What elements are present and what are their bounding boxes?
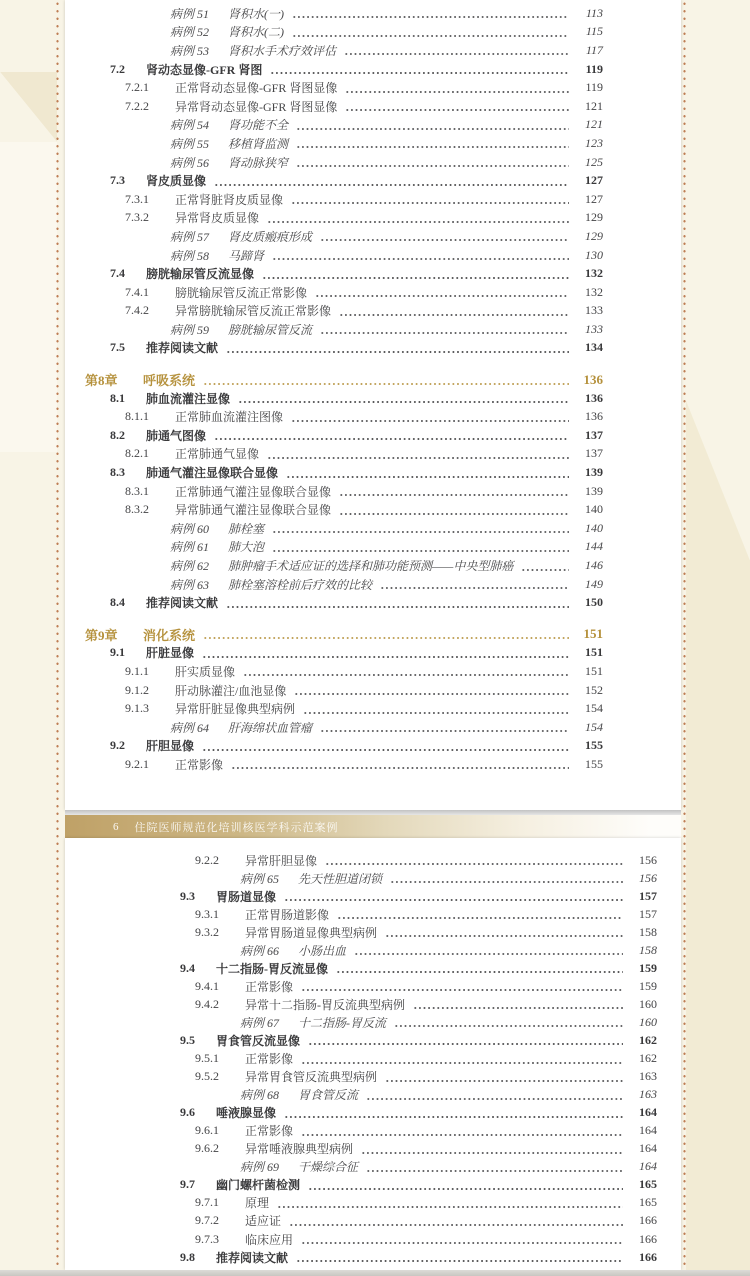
entry-title: 异常十二指肠-胃反流典型病例 bbox=[245, 996, 405, 1013]
entry-page-number: 121 bbox=[577, 99, 603, 114]
dot-leader bbox=[303, 711, 569, 715]
toc-entry: 7.4.2异常膀胱输尿管反流正常影像133 bbox=[65, 302, 681, 321]
entry-title: 肝海绵状血管瘤 bbox=[228, 719, 312, 736]
entry-title: 正常肺血流灌注图像 bbox=[175, 408, 283, 425]
toc-entry: 8.2肺通气图像137 bbox=[65, 426, 681, 445]
entry-title: 肾皮质显像 bbox=[146, 172, 206, 189]
toc-entry: 9.3.2异常胃肠道显像典型病例158 bbox=[65, 923, 681, 941]
entry-number: 8.2 bbox=[110, 428, 146, 443]
entry-title: 肺通气图像 bbox=[146, 427, 206, 444]
entry-number: 7.4.1 bbox=[125, 285, 175, 300]
toc-entry: 病例 61肺大泡144 bbox=[65, 538, 681, 557]
entry-page-number: 137 bbox=[577, 428, 603, 443]
toc-entry: 8.3肺通气灌注显像联合显像139 bbox=[65, 463, 681, 482]
entry-number: 病例 55 bbox=[170, 135, 228, 152]
entry-page-number: 136 bbox=[577, 391, 603, 406]
dot-leader bbox=[385, 1079, 623, 1083]
toc-entry: 病例 67十二指肠-胃反流160 bbox=[65, 1013, 681, 1031]
entry-page-number: 129 bbox=[577, 229, 603, 244]
toc-list-page-2: 9.2.2异常肝胆显像156病例 65先天性胆道闭锁1569.3胃肠道显像157… bbox=[65, 838, 681, 1266]
entry-number: 病例 58 bbox=[170, 247, 228, 264]
entry-title: 肺大泡 bbox=[228, 538, 264, 555]
toc-entry: 9.7.3临床应用166 bbox=[65, 1230, 681, 1248]
entry-page-number: 160 bbox=[631, 1015, 657, 1030]
toc-entry: 9.3.1正常胃肠道影像157 bbox=[65, 905, 681, 923]
entry-number: 7.5 bbox=[110, 340, 146, 355]
entry-title: 异常肺通气灌注显像联合显像 bbox=[175, 501, 331, 518]
toc-entry: 病例 52肾积水(二)115 bbox=[65, 23, 681, 42]
entry-page-number: 154 bbox=[577, 720, 603, 735]
entry-page-number: 123 bbox=[577, 136, 603, 151]
entry-title: 膀胱输尿管反流正常影像 bbox=[175, 284, 307, 301]
entry-title: 幽门螺杆菌检测 bbox=[216, 1176, 300, 1193]
entry-page-number: 127 bbox=[577, 173, 603, 188]
toc-page-2: 9.2.2异常肝胆显像156病例 65先天性胆道闭锁1569.3胃肠道显像157… bbox=[65, 838, 681, 1270]
entry-number: 8.3.2 bbox=[125, 502, 175, 517]
toc-entry: 病例 53肾积水手术疗效评估117 bbox=[65, 41, 681, 60]
dot-leader bbox=[267, 456, 569, 460]
toc-entry: 病例 55移植肾监测123 bbox=[65, 134, 681, 153]
entry-page-number: 132 bbox=[577, 266, 603, 281]
entry-number: 9.3.2 bbox=[195, 925, 245, 940]
entry-title: 唾液腺显像 bbox=[216, 1104, 276, 1121]
entry-page-number: 125 bbox=[577, 155, 603, 170]
toc-entry: 7.4膀胱输尿管反流显像132 bbox=[65, 264, 681, 283]
dot-leader bbox=[361, 1151, 623, 1155]
entry-number: 病例 57 bbox=[170, 228, 228, 245]
entry-number: 9.1.2 bbox=[125, 683, 175, 698]
entry-page-number: 132 bbox=[577, 285, 603, 300]
book-toc-preview: 病例 51肾积水(一)113病例 52肾积水(二)115病例 53肾积水手术疗效… bbox=[0, 0, 750, 1276]
dot-leader bbox=[385, 934, 623, 938]
dot-leader bbox=[339, 313, 569, 317]
toc-entry: 7.3.1正常肾脏肾皮质显像127 bbox=[65, 190, 681, 209]
entry-number: 7.2.2 bbox=[125, 99, 175, 114]
toc-entry: 病例 58马蹄肾130 bbox=[65, 246, 681, 265]
toc-entry: 病例 66小肠出血158 bbox=[65, 941, 681, 959]
entry-title: 肝实质显像 bbox=[175, 663, 235, 680]
entry-page-number: 160 bbox=[631, 997, 657, 1012]
entry-number: 8.1 bbox=[110, 391, 146, 406]
toc-entry: 病例 56肾动脉狭窄125 bbox=[65, 153, 681, 172]
dot-leader bbox=[291, 419, 569, 423]
dot-leader bbox=[301, 988, 623, 992]
entry-title: 肾积水(二) bbox=[228, 23, 284, 40]
dot-leader bbox=[380, 586, 569, 590]
toc-entry: 8.1肺血流灌注显像136 bbox=[65, 389, 681, 408]
right-margin-decoration bbox=[686, 560, 750, 1270]
entry-title: 正常肺通气灌注显像联合显像 bbox=[175, 483, 331, 500]
toc-entry: 8.4推荐阅读文献150 bbox=[65, 593, 681, 612]
entry-page-number: 157 bbox=[631, 889, 657, 904]
entry-number: 9.2.2 bbox=[195, 853, 245, 868]
entry-number: 9.1 bbox=[110, 645, 146, 660]
entry-title: 肺栓塞溶栓前后疗效的比较 bbox=[228, 576, 372, 593]
entry-number: 9.5.2 bbox=[195, 1069, 245, 1084]
entry-title: 肺肿瘤手术适应证的选择和肺功能预测——中央型肺癌 bbox=[228, 557, 513, 574]
toc-entry: 7.3肾皮质显像127 bbox=[65, 171, 681, 190]
entry-page-number: 154 bbox=[577, 701, 603, 716]
dot-leader bbox=[292, 34, 569, 38]
entry-page-number: 151 bbox=[577, 626, 603, 642]
band-book-title: 住院医师规范化培训核医学科示范案例 bbox=[135, 819, 339, 835]
toc-entry: 8.3.2异常肺通气灌注显像联合显像140 bbox=[65, 500, 681, 519]
entry-title: 胃肠道显像 bbox=[216, 888, 276, 905]
dot-leader bbox=[296, 164, 569, 168]
dot-leader bbox=[277, 1205, 623, 1209]
dot-leader bbox=[301, 1133, 623, 1137]
dot-leader bbox=[345, 108, 569, 112]
entry-number: 第9章 bbox=[85, 625, 143, 644]
right-dotted-border bbox=[683, 0, 686, 1276]
entry-title: 干燥综合征 bbox=[298, 1158, 358, 1175]
entry-page-number: 165 bbox=[631, 1195, 657, 1210]
entry-number: 病例 60 bbox=[170, 520, 228, 537]
entry-number: 9.6.2 bbox=[195, 1141, 245, 1156]
entry-page-number: 157 bbox=[631, 907, 657, 922]
entry-page-number: 151 bbox=[577, 645, 603, 660]
toc-entry: 病例 51肾积水(一)113 bbox=[65, 4, 681, 23]
entry-title: 十二指肠-胃反流显像 bbox=[216, 960, 328, 977]
dot-leader bbox=[337, 916, 623, 920]
dot-leader bbox=[366, 1097, 623, 1101]
entry-page-number: 166 bbox=[631, 1213, 657, 1228]
toc-entry: 病例 54肾功能不全121 bbox=[65, 116, 681, 135]
entry-page-number: 150 bbox=[577, 595, 603, 610]
toc-entry: 病例 65先天性胆道闭锁156 bbox=[65, 869, 681, 887]
toc-entry: 8.2.1正常肺通气显像137 bbox=[65, 445, 681, 464]
entry-number: 9.2 bbox=[110, 738, 146, 753]
toc-entry: 9.4十二指肠-胃反流显像159 bbox=[65, 959, 681, 977]
entry-title: 正常影像 bbox=[245, 978, 293, 995]
dot-leader bbox=[339, 493, 569, 497]
entry-page-number: 163 bbox=[631, 1087, 657, 1102]
entry-page-number: 130 bbox=[577, 248, 603, 263]
entry-title: 肝动脉灌注/血池显像 bbox=[175, 682, 286, 699]
entry-page-number: 140 bbox=[577, 502, 603, 517]
entry-title: 膀胱输尿管反流显像 bbox=[146, 265, 254, 282]
toc-entry: 9.1.1肝实质显像151 bbox=[65, 662, 681, 681]
dot-leader bbox=[214, 183, 569, 187]
entry-number: 病例 64 bbox=[170, 719, 228, 736]
entry-title: 十二指肠-胃反流 bbox=[298, 1014, 386, 1031]
entry-title: 正常影像 bbox=[175, 756, 223, 773]
entry-title: 推荐阅读文献 bbox=[146, 339, 218, 356]
entry-page-number: 165 bbox=[631, 1177, 657, 1192]
toc-entry: 病例 59膀胱输尿管反流133 bbox=[65, 320, 681, 339]
dot-leader bbox=[231, 766, 569, 770]
entry-number: 8.1.1 bbox=[125, 409, 175, 424]
entry-page-number: 119 bbox=[577, 80, 603, 95]
dot-leader bbox=[284, 1115, 623, 1119]
dot-leader bbox=[301, 1061, 623, 1065]
entry-page-number: 119 bbox=[577, 62, 603, 77]
entry-page-number: 155 bbox=[577, 738, 603, 753]
toc-entry: 9.2肝胆显像155 bbox=[65, 737, 681, 756]
dot-leader bbox=[339, 512, 569, 516]
toc-entry: 9.3胃肠道显像157 bbox=[65, 887, 681, 905]
entry-page-number: 136 bbox=[577, 372, 603, 388]
toc-entry: 9.4.1正常影像159 bbox=[65, 977, 681, 995]
entry-page-number: 134 bbox=[577, 340, 603, 355]
entry-number: 8.2.1 bbox=[125, 446, 175, 461]
dot-leader bbox=[289, 1223, 623, 1227]
dot-leader bbox=[336, 970, 623, 974]
entry-number: 7.2 bbox=[110, 62, 146, 77]
entry-title: 消化系统 bbox=[143, 625, 195, 644]
dot-leader bbox=[366, 1169, 623, 1173]
toc-entry: 病例 68胃食管反流163 bbox=[65, 1086, 681, 1104]
toc-entry: 9.6唾液腺显像164 bbox=[65, 1104, 681, 1122]
entry-number: 9.5.1 bbox=[195, 1051, 245, 1066]
entry-title: 正常影像 bbox=[245, 1122, 293, 1139]
entry-number: 9.7 bbox=[180, 1177, 216, 1192]
dot-leader bbox=[238, 400, 569, 404]
entry-title: 肾积水(一) bbox=[228, 5, 284, 22]
toc-entry: 病例 69干燥综合征164 bbox=[65, 1158, 681, 1176]
toc-entry: 8.3.1正常肺通气灌注显像联合显像139 bbox=[65, 482, 681, 501]
entry-number: 7.2.1 bbox=[125, 80, 175, 95]
dot-leader bbox=[262, 276, 569, 280]
entry-page-number: 164 bbox=[631, 1123, 657, 1138]
toc-entry: 7.2.2异常肾动态显像-GFR 肾图显像121 bbox=[65, 97, 681, 116]
entry-number: 病例 61 bbox=[170, 538, 228, 555]
entry-page-number: 152 bbox=[577, 683, 603, 698]
dot-leader bbox=[320, 238, 569, 242]
entry-number: 病例 63 bbox=[170, 576, 228, 593]
entry-page-number: 144 bbox=[577, 539, 603, 554]
entry-title: 异常肾动态显像-GFR 肾图显像 bbox=[175, 98, 337, 115]
entry-number: 9.1.3 bbox=[125, 701, 175, 716]
entry-page-number: 117 bbox=[577, 43, 603, 58]
entry-page-number: 133 bbox=[577, 322, 603, 337]
entry-page-number: 115 bbox=[577, 24, 603, 39]
entry-number: 病例 67 bbox=[240, 1014, 298, 1031]
entry-page-number: 113 bbox=[577, 6, 603, 21]
entry-number: 病例 51 bbox=[170, 5, 228, 22]
entry-title: 异常胃食管反流典型病例 bbox=[245, 1068, 377, 1085]
entry-page-number: 159 bbox=[631, 979, 657, 994]
entry-page-number: 151 bbox=[577, 664, 603, 679]
dot-leader bbox=[270, 71, 569, 75]
toc-entry: 9.7.2适应证166 bbox=[65, 1212, 681, 1230]
dot-leader bbox=[286, 475, 569, 479]
toc-entry: 7.4.1膀胱输尿管反流正常影像132 bbox=[65, 283, 681, 302]
entry-number: 9.2.1 bbox=[125, 757, 175, 772]
entry-title: 肺通气灌注显像联合显像 bbox=[146, 464, 278, 481]
entry-number: 病例 65 bbox=[240, 870, 298, 887]
entry-title: 正常肺通气显像 bbox=[175, 445, 259, 462]
toc-entry: 7.2.1正常肾动态显像-GFR 肾图显像119 bbox=[65, 78, 681, 97]
dot-leader bbox=[345, 90, 569, 94]
entry-page-number: 158 bbox=[631, 943, 657, 958]
entry-number: 第8章 bbox=[85, 370, 143, 389]
toc-entry: 9.4.2异常十二指肠-胃反流典型病例160 bbox=[65, 995, 681, 1013]
entry-number: 9.6 bbox=[180, 1105, 216, 1120]
entry-number: 8.4 bbox=[110, 595, 146, 610]
entry-title: 膀胱输尿管反流 bbox=[228, 321, 312, 338]
entry-title: 肾动态显像-GFR 肾图 bbox=[146, 61, 262, 78]
dot-leader bbox=[272, 530, 569, 534]
entry-page-number: 158 bbox=[631, 925, 657, 940]
entry-number: 9.4.2 bbox=[195, 997, 245, 1012]
entry-title: 推荐阅读文献 bbox=[146, 594, 218, 611]
entry-number: 9.4.1 bbox=[195, 979, 245, 994]
dot-leader bbox=[243, 673, 569, 677]
toc-entry: 8.1.1正常肺血流灌注图像136 bbox=[65, 407, 681, 426]
entry-number: 9.7.1 bbox=[195, 1195, 245, 1210]
entry-number: 病例 62 bbox=[170, 557, 228, 574]
toc-entry: 病例 57肾皮质瘢痕形成129 bbox=[65, 227, 681, 246]
dot-leader bbox=[354, 952, 623, 956]
entry-page-number: 146 bbox=[577, 558, 603, 573]
entry-title: 肾功能不全 bbox=[228, 116, 288, 133]
dot-leader bbox=[272, 549, 569, 553]
entry-title: 呼吸系统 bbox=[143, 370, 195, 389]
toc-page-1: 病例 51肾积水(一)113病例 52肾积水(二)115病例 53肾积水手术疗效… bbox=[65, 0, 681, 810]
entry-number: 病例 52 bbox=[170, 23, 228, 40]
entry-number: 9.7.2 bbox=[195, 1213, 245, 1228]
dot-leader bbox=[226, 350, 569, 354]
entry-number: 9.6.1 bbox=[195, 1123, 245, 1138]
toc-entry: 9.5.2异常胃食管反流典型病例163 bbox=[65, 1068, 681, 1086]
right-margin-decoration bbox=[686, 400, 750, 560]
dot-leader bbox=[292, 15, 569, 19]
running-header-band: 6 住院医师规范化培训核医学科示范案例 bbox=[65, 815, 681, 838]
entry-page-number: 137 bbox=[577, 446, 603, 461]
entry-title: 异常肾皮质显像 bbox=[175, 209, 259, 226]
entry-title: 移植肾监测 bbox=[228, 135, 288, 152]
dot-leader bbox=[296, 1259, 623, 1263]
entry-page-number: 166 bbox=[631, 1250, 657, 1265]
entry-page-number: 133 bbox=[577, 303, 603, 318]
toc-entry: 7.3.2异常肾皮质显像129 bbox=[65, 209, 681, 228]
entry-page-number: 163 bbox=[631, 1069, 657, 1084]
entry-number: 8.3.1 bbox=[125, 484, 175, 499]
left-dotted-border bbox=[56, 0, 59, 1276]
dot-leader bbox=[267, 220, 569, 224]
bottom-page-edge bbox=[0, 1270, 750, 1276]
entry-number: 9.1.1 bbox=[125, 664, 175, 679]
entry-number: 7.3.1 bbox=[125, 192, 175, 207]
toc-entry: 9.7.1原理165 bbox=[65, 1194, 681, 1212]
entry-page-number: 127 bbox=[577, 192, 603, 207]
entry-page-number: 164 bbox=[631, 1105, 657, 1120]
entry-number: 7.4.2 bbox=[125, 303, 175, 318]
toc-entry: 病例 60肺栓塞140 bbox=[65, 519, 681, 538]
dot-leader bbox=[301, 1241, 623, 1245]
toc-entry: 7.2肾动态显像-GFR 肾图119 bbox=[65, 60, 681, 79]
entry-page-number: 140 bbox=[577, 521, 603, 536]
entry-page-number: 155 bbox=[577, 757, 603, 772]
dot-leader bbox=[394, 1024, 623, 1028]
entry-title: 马蹄肾 bbox=[228, 247, 264, 264]
dot-leader bbox=[308, 1042, 623, 1046]
left-margin-decoration bbox=[0, 72, 57, 142]
dot-leader bbox=[294, 692, 569, 696]
toc-entry: 7.5推荐阅读文献134 bbox=[65, 339, 681, 358]
entry-page-number: 166 bbox=[631, 1232, 657, 1247]
entry-title: 推荐阅读文献 bbox=[216, 1249, 288, 1266]
toc-entry: 9.2.1正常影像155 bbox=[65, 755, 681, 774]
entry-number: 7.3 bbox=[110, 173, 146, 188]
dot-leader bbox=[284, 898, 623, 902]
toc-entry: 第8章呼吸系统136 bbox=[65, 370, 681, 389]
entry-title: 胃食管反流 bbox=[298, 1086, 358, 1103]
entry-number: 8.3 bbox=[110, 465, 146, 480]
entry-title: 异常胃肠道显像典型病例 bbox=[245, 924, 377, 941]
toc-entry: 9.5.1正常影像162 bbox=[65, 1050, 681, 1068]
entry-page-number: 162 bbox=[631, 1051, 657, 1066]
dot-leader bbox=[203, 382, 569, 386]
entry-page-number: 149 bbox=[577, 577, 603, 592]
toc-entry: 9.5胃食管反流显像162 bbox=[65, 1031, 681, 1049]
entry-number: 病例 69 bbox=[240, 1158, 298, 1175]
entry-page-number: 164 bbox=[631, 1141, 657, 1156]
entry-number: 病例 59 bbox=[170, 321, 228, 338]
entry-page-number: 139 bbox=[577, 465, 603, 480]
dot-leader bbox=[296, 127, 569, 131]
entry-title: 适应证 bbox=[245, 1212, 281, 1229]
entry-title: 胃食管反流显像 bbox=[216, 1032, 300, 1049]
dot-leader bbox=[296, 145, 569, 149]
entry-title: 正常肾动态显像-GFR 肾图显像 bbox=[175, 79, 337, 96]
dot-leader bbox=[226, 605, 569, 609]
entry-number: 病例 54 bbox=[170, 116, 228, 133]
toc-entry: 9.6.2异常唾液腺典型病例164 bbox=[65, 1140, 681, 1158]
dot-leader bbox=[320, 331, 569, 335]
entry-number: 9.8 bbox=[180, 1250, 216, 1265]
dot-leader bbox=[390, 880, 623, 884]
entry-title: 正常影像 bbox=[245, 1050, 293, 1067]
dot-leader bbox=[291, 201, 569, 205]
entry-title: 肾皮质瘢痕形成 bbox=[228, 228, 312, 245]
toc-entry: 9.8推荐阅读文献166 bbox=[65, 1248, 681, 1266]
dot-leader bbox=[413, 1006, 623, 1010]
entry-number: 病例 53 bbox=[170, 42, 228, 59]
dot-leader bbox=[272, 257, 569, 261]
dot-leader bbox=[521, 568, 569, 572]
entry-title: 临床应用 bbox=[245, 1231, 293, 1248]
toc-entry: 9.7幽门螺杆菌检测165 bbox=[65, 1176, 681, 1194]
entry-title: 异常肝脏显像典型病例 bbox=[175, 700, 295, 717]
left-margin-decoration bbox=[0, 142, 57, 452]
entry-page-number: 129 bbox=[577, 210, 603, 225]
toc-list-page-1: 病例 51肾积水(一)113病例 52肾积水(二)115病例 53肾积水手术疗效… bbox=[65, 0, 681, 774]
dot-leader bbox=[214, 437, 569, 441]
toc-entry: 9.6.1正常影像164 bbox=[65, 1122, 681, 1140]
entry-number: 9.3 bbox=[180, 889, 216, 904]
entry-page-number: 164 bbox=[631, 1159, 657, 1174]
dot-leader bbox=[203, 636, 569, 640]
entry-number: 9.7.3 bbox=[195, 1232, 245, 1247]
dot-leader bbox=[320, 729, 569, 733]
toc-entry: 第9章消化系统151 bbox=[65, 625, 681, 644]
entry-page-number: 159 bbox=[631, 961, 657, 976]
toc-entry: 9.1.3异常肝脏显像典型病例154 bbox=[65, 699, 681, 718]
dot-leader bbox=[202, 748, 569, 752]
entry-number: 7.4 bbox=[110, 266, 146, 281]
toc-entry: 9.1肝脏显像151 bbox=[65, 644, 681, 663]
entry-title: 异常膀胱输尿管反流正常影像 bbox=[175, 302, 331, 319]
entry-title: 肾积水手术疗效评估 bbox=[228, 42, 336, 59]
entry-title: 小肠出血 bbox=[298, 942, 346, 959]
entry-title: 正常肾脏肾皮质显像 bbox=[175, 191, 283, 208]
dot-leader bbox=[315, 294, 569, 298]
entry-number: 9.3.1 bbox=[195, 907, 245, 922]
entry-number: 病例 66 bbox=[240, 942, 298, 959]
toc-entry: 9.2.2异常肝胆显像156 bbox=[65, 851, 681, 869]
